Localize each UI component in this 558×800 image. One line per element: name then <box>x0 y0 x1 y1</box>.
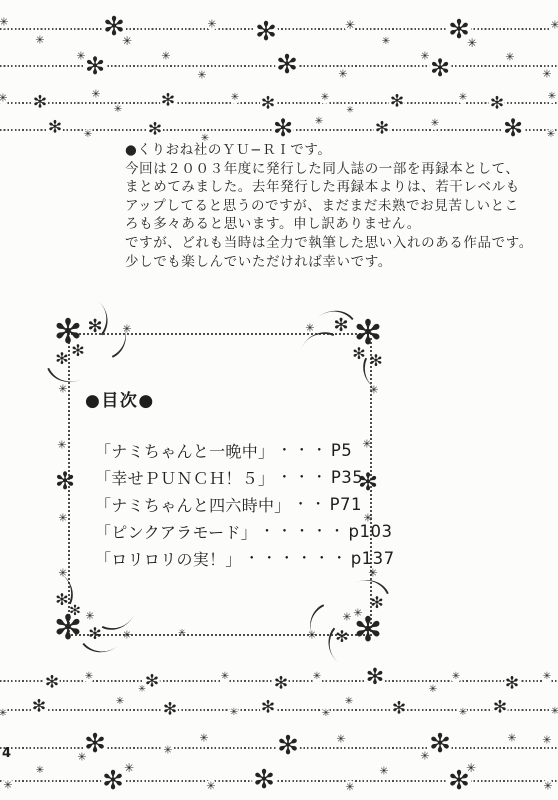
toc-heading: ●目次● <box>85 386 155 411</box>
toc-entry-title: 「ピンクアラモード」 <box>95 520 257 543</box>
toc-entry-page: P71 <box>330 495 362 514</box>
toc-entry-title: 「ロリロリの実！」 <box>95 547 242 570</box>
toc-entry: 「ピンクアラモード」・・・・・p103 <box>95 518 385 545</box>
toc-entry: 「ナミちゃんと一晩中」・・・P5 <box>95 437 385 464</box>
toc-entry: 「ロリロリの実！」・・・・・・p137 <box>95 545 385 572</box>
toc-entry: 「ナミちゃんと四六時中」・・P71 <box>95 491 385 518</box>
toc-entry-dots: ・・・・・・ <box>245 548 350 568</box>
toc-entry-page: p103 <box>349 522 393 541</box>
toc-entry-title: 「幸せＰＵＮＣＨ！５」 <box>95 466 274 489</box>
toc-entry: 「幸せＰＵＮＣＨ！５」・・・P35 <box>95 464 385 491</box>
toc-entry-dots: ・・・ <box>277 440 330 460</box>
toc-entry-page: P35 <box>331 468 363 487</box>
toc-entry-dots: ・・ <box>294 494 329 514</box>
page-number: 4 <box>2 746 11 761</box>
toc-entry-title: 「ナミちゃんと一晩中」 <box>95 439 274 462</box>
toc-entry-page: p137 <box>351 549 395 568</box>
toc-section: ●目次● 「ナミちゃんと一晩中」・・・P5「幸せＰＵＮＣＨ！５」・・・P35「ナ… <box>0 0 558 800</box>
toc-list: 「ナミちゃんと一晩中」・・・P5「幸せＰＵＮＣＨ！５」・・・P35「ナミちゃんと… <box>95 437 385 571</box>
doujinshi-page: ✳✳✻✳✳✻✳✳✻✳✳✳✻✳✳✻✳✳✻✳✳✳✻✳✳✻✳✻✳✳✻✳✻✳✻✳✻✳✻✳… <box>0 0 558 800</box>
toc-entry-dots: ・・・ <box>277 467 330 487</box>
toc-entry-dots: ・・・・・ <box>260 521 348 541</box>
toc-entry-page: P5 <box>331 441 352 460</box>
toc-entry-title: 「ナミちゃんと四六時中」 <box>95 493 291 516</box>
